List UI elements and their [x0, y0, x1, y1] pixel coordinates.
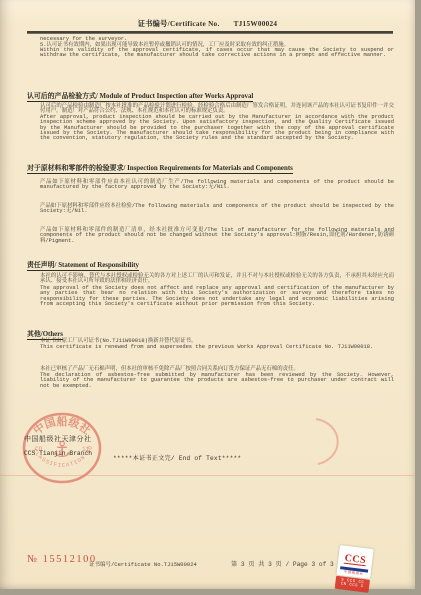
serial-number: № 15512100: [27, 554, 97, 565]
intro-line-3: Within the validity of the approval cert…: [40, 48, 394, 59]
scanned-certificate-photo: { "page": { "header_label": "证书编号/Certif…: [0, 0, 421, 595]
ccs-logo-text: CCS: [344, 554, 367, 567]
others-paragraph-1-en: This certificate is renewed from and sup…: [40, 345, 394, 350]
certificate-number-header: 证书编号/Certificate No.TJ15W00024: [0, 19, 415, 29]
end-of-text-line: *****本证书正文完/ End of Text*****: [113, 453, 241, 462]
certificate-number-value: TJ15W00024: [234, 20, 278, 28]
branch-name-en: CCS Tianjin Branch: [24, 450, 92, 457]
section-heading-module: 认可后的产品检验方式/ Module of Product Inspection…: [27, 90, 253, 100]
others-paragraph-2-en: The declaration of asbestos-free submitt…: [40, 373, 394, 389]
serial-prefix: №: [27, 554, 39, 565]
partial-stamp-arc: [306, 416, 342, 468]
ccs-logo-label: CCS 中国船级社: [336, 545, 373, 578]
header-rule: [27, 31, 393, 34]
branch-name-zh: 中国船级社天津分社: [24, 434, 92, 444]
faint-pink-rule: [0, 475, 415, 476]
certificate-number-label: 证书编号/Certificate No.: [138, 20, 220, 28]
ccs-logo: CCS 中国船级社 S CCS CC CN CCS C: [335, 545, 374, 592]
footer-page-indicator: 第 3 页 共 3 页 / Page 3 of 3: [231, 559, 334, 568]
section-heading-responsibility: 责任声明/ Statement of Responsibility: [27, 259, 139, 269]
section-heading-others: 其他/Others: [27, 328, 63, 338]
inspection-paragraph-1: 产品如下原材料和零部件应由本社认可的制造厂生产/The following ma…: [40, 180, 394, 191]
inspection-paragraph-2: 产品如下原材料和零部件应经本社检验/The following material…: [40, 204, 394, 215]
module-paragraph-en: After approval, product inspection shoul…: [40, 115, 394, 142]
inspection-paragraph-3: 产品如下原材料和零部件的制造厂清单，经本社批准方可变更/The list of …: [40, 228, 394, 244]
footer-certificate-number: 证书编号/Certificate No.TJ15W00024: [89, 560, 197, 568]
ccs-round-stamp: 中国船级社 CHINA CLASSIFICATION SOCIETY ⚓ CQ …: [18, 409, 106, 489]
certificate-page: 证书编号/Certificate No.TJ15W00024 necessary…: [0, 0, 415, 589]
responsibility-paragraph-zh: 本社的认可不影响、替代与本社授权或检验无关的各方对上述工厂的认可和发证，并且不对…: [40, 274, 394, 285]
section-heading-inspection: 对于原材料和零部件的检验要求/ Inspection Requirements …: [27, 162, 293, 172]
responsibility-paragraph-en: The approval of the Society does not aff…: [40, 286, 394, 307]
